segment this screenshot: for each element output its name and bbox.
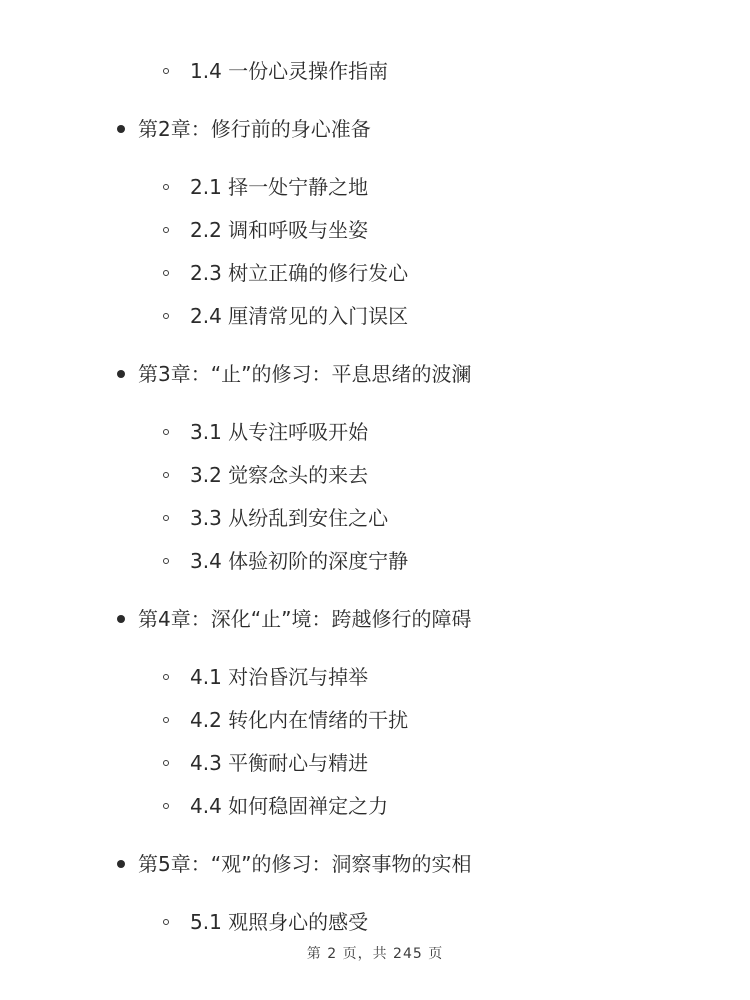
bullet-circle-icon bbox=[163, 674, 169, 680]
bullet-circle-icon bbox=[163, 803, 169, 809]
toc-item-label: 3.2 觉察念头的来去 bbox=[190, 463, 368, 487]
toc-item: 3.1 从专注呼吸开始 bbox=[0, 418, 750, 446]
bullet-circle-icon bbox=[163, 515, 169, 521]
bullet-circle-icon bbox=[163, 227, 169, 233]
bullet-disc-icon bbox=[117, 615, 125, 623]
toc-item-label: 3.4 体验初阶的深度宁静 bbox=[190, 549, 408, 573]
document-page: 1.4 一份心灵操作指南 第2章：修行前的身心准备 2.1 择一处宁静之地 2.… bbox=[0, 0, 750, 1000]
page-footer: 第 2 页，共 245 页 bbox=[0, 944, 750, 964]
bullet-circle-icon bbox=[163, 270, 169, 276]
toc-item: 1.4 一份心灵操作指南 bbox=[0, 57, 750, 85]
toc-item-label: 第4章：深化“止”境：跨越修行的障碍 bbox=[138, 607, 471, 631]
toc-item: 2.3 树立正确的修行发心 bbox=[0, 259, 750, 287]
toc-item: 第3章：“止”的修习：平息思绪的波澜 bbox=[0, 360, 750, 388]
toc-item: 2.1 择一处宁静之地 bbox=[0, 173, 750, 201]
toc-item: 5.1 观照身心的感受 bbox=[0, 908, 750, 936]
toc-item-label: 4.3 平衡耐心与精进 bbox=[190, 751, 368, 775]
toc-item-label: 5.1 观照身心的感受 bbox=[190, 910, 368, 934]
toc-item: 4.4 如何稳固禅定之力 bbox=[0, 792, 750, 820]
toc-item-label: 3.3 从纷乱到安住之心 bbox=[190, 506, 388, 530]
toc-item-label: 第2章：修行前的身心准备 bbox=[138, 117, 371, 141]
bullet-circle-icon bbox=[163, 760, 169, 766]
bullet-circle-icon bbox=[163, 717, 169, 723]
toc-item-label: 第5章：“观”的修习：洞察事物的实相 bbox=[138, 852, 471, 876]
bullet-circle-icon bbox=[163, 919, 169, 925]
toc-item: 4.1 对治昏沉与掉举 bbox=[0, 663, 750, 691]
toc-item-label: 2.3 树立正确的修行发心 bbox=[190, 261, 408, 285]
bullet-disc-icon bbox=[117, 125, 125, 133]
toc-item: 2.2 调和呼吸与坐姿 bbox=[0, 216, 750, 244]
toc-item: 2.4 厘清常见的入门误区 bbox=[0, 302, 750, 330]
toc-item-label: 2.1 择一处宁静之地 bbox=[190, 175, 368, 199]
bullet-disc-icon bbox=[117, 860, 125, 868]
bullet-circle-icon bbox=[163, 558, 169, 564]
toc-item: 第2章：修行前的身心准备 bbox=[0, 115, 750, 143]
toc-item: 4.3 平衡耐心与精进 bbox=[0, 749, 750, 777]
toc-item: 3.4 体验初阶的深度宁静 bbox=[0, 547, 750, 575]
toc-item-label: 1.4 一份心灵操作指南 bbox=[190, 59, 388, 83]
toc-item-label: 4.2 转化内在情绪的干扰 bbox=[190, 708, 408, 732]
page-indicator: 第 2 页，共 245 页 bbox=[307, 946, 443, 962]
toc-item-label: 4.1 对治昏沉与掉举 bbox=[190, 665, 368, 689]
toc-item: 第5章：“观”的修习：洞察事物的实相 bbox=[0, 850, 750, 878]
toc-item: 3.2 觉察念头的来去 bbox=[0, 461, 750, 489]
toc-item-label: 2.2 调和呼吸与坐姿 bbox=[190, 218, 368, 242]
toc-item-label: 4.4 如何稳固禅定之力 bbox=[190, 794, 388, 818]
toc-list: 1.4 一份心灵操作指南 第2章：修行前的身心准备 2.1 择一处宁静之地 2.… bbox=[0, 0, 750, 936]
bullet-circle-icon bbox=[163, 68, 169, 74]
toc-item: 第4章：深化“止”境：跨越修行的障碍 bbox=[0, 605, 750, 633]
bullet-circle-icon bbox=[163, 429, 169, 435]
toc-item: 4.2 转化内在情绪的干扰 bbox=[0, 706, 750, 734]
bullet-circle-icon bbox=[163, 472, 169, 478]
toc-item-label: 第3章：“止”的修习：平息思绪的波澜 bbox=[138, 362, 471, 386]
toc-item-label: 2.4 厘清常见的入门误区 bbox=[190, 304, 408, 328]
bullet-circle-icon bbox=[163, 313, 169, 319]
bullet-disc-icon bbox=[117, 370, 125, 378]
bullet-circle-icon bbox=[163, 184, 169, 190]
toc-item-label: 3.1 从专注呼吸开始 bbox=[190, 420, 368, 444]
toc-item: 3.3 从纷乱到安住之心 bbox=[0, 504, 750, 532]
